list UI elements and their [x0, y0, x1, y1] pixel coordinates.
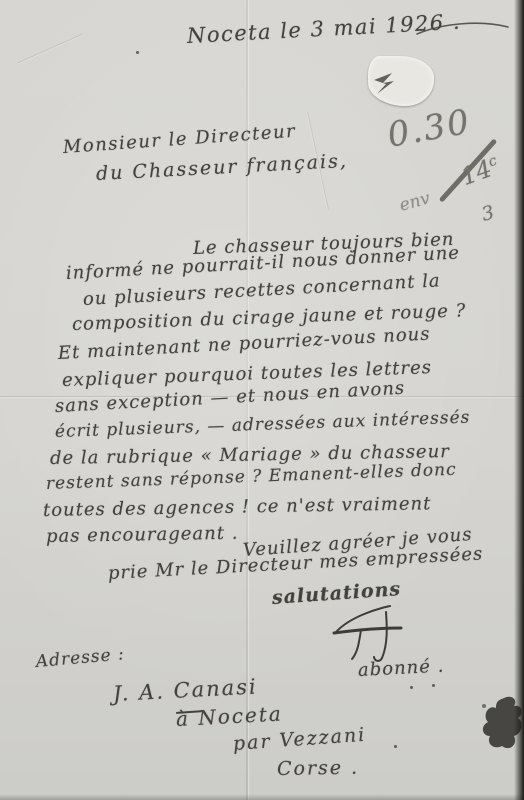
- paper-speck: [410, 686, 413, 689]
- pencil-price-annotation: 0.30: [385, 102, 474, 156]
- addressee-line: du Chasseur français,: [95, 150, 348, 185]
- address-label: Adresse :: [35, 644, 125, 672]
- patch-ink-mark: [372, 70, 402, 100]
- addressee-line: Monsieur le Directeur: [62, 121, 297, 158]
- photo-edge-right: [514, 0, 524, 800]
- photo-edge-bottom: [0, 794, 524, 800]
- torn-paper-patch: [368, 56, 434, 106]
- pencil-env-annotation: env: [397, 188, 432, 215]
- paper-speck: [432, 684, 435, 687]
- paper-speck: [394, 745, 397, 748]
- body-line: pas encourageant .: [46, 523, 239, 547]
- body-line: toutes des agences ! ce n'est vraiment: [43, 493, 432, 521]
- subscriber-note: abonné .: [357, 655, 444, 680]
- address-line: par Vezzani: [232, 724, 367, 755]
- paper-speck: [136, 51, 139, 54]
- pencil-stamp-annotation: 14c: [457, 152, 503, 191]
- fold-crease-diagonal-topleft: [17, 33, 83, 63]
- letter-photograph: Noceta le 3 mai 1926 . 0.30 env 14c 3 Mo…: [0, 0, 524, 800]
- address-line: Corse .: [277, 757, 360, 780]
- signature-flourish: [330, 602, 408, 664]
- address-line: J. A. Canasi: [112, 674, 258, 706]
- address-line: à Noceta: [175, 701, 283, 731]
- pencil-number-annotation: 3: [479, 201, 496, 225]
- date-flourish-stroke: [415, 18, 511, 40]
